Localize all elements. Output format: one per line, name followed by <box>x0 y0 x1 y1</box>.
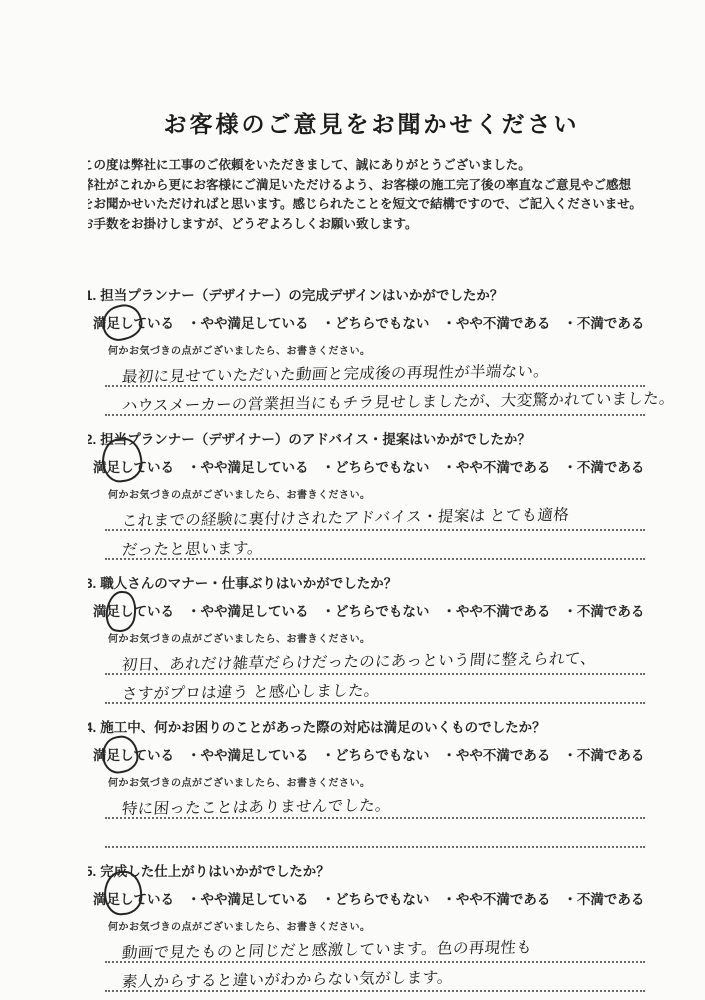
comment-line <box>105 819 645 848</box>
comment-area: 動画で見たものと同じだと感激しています。色の再現性も 素人からすると違いがわから… <box>105 934 645 992</box>
question-text: 5.完成した仕上がりはいかがでしたか？ <box>88 860 655 880</box>
intro-line: 弊社がこれから更にお客様にご満足いただけるよう、お客様の施工完了後の率直なご意見… <box>88 176 655 196</box>
question-number: 2. <box>88 432 96 447</box>
question-title: 施工中、何かお困りのことがあった際の対応は満足のいくものでしたか？ <box>100 720 545 735</box>
rating-options-row: 満足している ・やや満足している ・どちらでもない ・やや不満である ・不満であ… <box>93 312 655 332</box>
question-number: 5. <box>88 864 96 879</box>
handwritten-comment: さすがプロは違う と感心しました。 <box>121 678 381 704</box>
rating-options-row: 満足している ・やや満足している ・どちらでもない ・やや不満である ・不満であ… <box>93 888 655 908</box>
option-somewhat-satisfied: ・やや満足している <box>187 456 309 476</box>
question-number: 4. <box>88 720 96 735</box>
question-title: 担当プランナー（デザイナー）のアドバイス・提案はいかがでしたか？ <box>100 432 531 447</box>
option-dissatisfied: ・不満である <box>563 600 644 620</box>
option-satisfied: 満足している <box>93 744 174 764</box>
question-number: 3. <box>88 576 96 591</box>
question-block-1: 1.担当プランナー（デザイナー）の完成デザインはいかがでしたか？ 満足している … <box>88 284 655 416</box>
intro-line: をお聞かせいただければと思います。感じられたことを短文で結構ですので、ご記入くだ… <box>88 195 655 215</box>
intro-line: お手数をお掛けしますが、どうぞよろしくお願い致します。 <box>88 215 655 235</box>
handwritten-comment: だったと思います。 <box>121 536 264 560</box>
option-dissatisfied: ・不満である <box>563 744 644 764</box>
option-satisfied: 満足している <box>93 600 174 620</box>
option-somewhat-satisfied: ・やや満足している <box>187 312 309 332</box>
comment-line: 素人からすると違いがわからない気がします。 <box>105 963 645 992</box>
comment-prompt: 何かお気づきの点がございましたら、お書きください。 <box>108 774 655 789</box>
option-somewhat-satisfied: ・やや満足している <box>187 744 309 764</box>
comment-prompt: 何かお気づきの点がございましたら、お書きください。 <box>108 918 655 933</box>
handwritten-comment: 素人からすると違いがわからない気がします。 <box>121 965 454 992</box>
option-neutral: ・どちらでもない <box>322 600 430 620</box>
rating-options-row: 満足している ・やや満足している ・どちらでもない ・やや不満である ・不満であ… <box>93 456 655 476</box>
page-title: お客様のご意見をお聞かせください <box>88 106 655 139</box>
handwritten-comment: 特に困ったことはありませんでした。 <box>121 793 392 819</box>
option-satisfied: 満足している <box>93 888 174 908</box>
option-somewhat-dissatisfied: ・やや不満である <box>442 456 550 476</box>
comment-area: 最初に見せていただいた動画と完成後の再現性が半端ない。 ハウスメーカーの営業担当… <box>105 358 645 416</box>
option-satisfied: 満足している <box>93 456 174 476</box>
option-neutral: ・どちらでもない <box>322 744 430 764</box>
handwritten-comment: 初日、あれだけ雑草だらけだったのにあっという間に整えられて、 <box>121 646 597 675</box>
handwritten-comment: ハウスメーカーの営業担当にもチラ見せしましたが、大変驚かれていました。 <box>121 386 676 416</box>
question-block-3: 3.職人さんのマナー・仕事ぶりはいかがでしたか？ 満足している ・やや満足してい… <box>88 572 655 704</box>
comment-line: さすがプロは違う と感心しました。 <box>105 675 645 704</box>
question-block-2: 2.担当プランナー（デザイナー）のアドバイス・提案はいかがでしたか？ 満足してい… <box>88 428 655 560</box>
option-somewhat-dissatisfied: ・やや不満である <box>442 312 550 332</box>
option-dissatisfied: ・不満である <box>563 312 644 332</box>
comment-line: 特に困ったことはありませんでした。 <box>105 790 645 819</box>
comment-prompt: 何かお気づきの点がございましたら、お書きください。 <box>108 630 655 645</box>
comment-line: ハウスメーカーの営業担当にもチラ見せしましたが、大変驚かれていました。 <box>105 387 645 416</box>
rating-options-row: 満足している ・やや満足している ・どちらでもない ・やや不満である ・不満であ… <box>93 600 655 620</box>
option-neutral: ・どちらでもない <box>322 456 430 476</box>
handwritten-comment: 最初に見せていただいた動画と完成後の再現性が半端ない。 <box>121 359 550 387</box>
comment-area: 特に困ったことはありませんでした。 <box>105 790 645 848</box>
question-number: 1. <box>88 288 96 303</box>
question-text: 3.職人さんのマナー・仕事ぶりはいかがでしたか？ <box>88 572 655 592</box>
comment-line: だったと思います。 <box>105 531 645 560</box>
handwritten-comment: これまでの経験に裏付けされたアドバイス・提案は とても適格 <box>121 503 570 531</box>
comment-prompt: 何かお気づきの点がございましたら、お書きください。 <box>108 486 655 501</box>
option-somewhat-dissatisfied: ・やや不満である <box>442 744 550 764</box>
option-somewhat-dissatisfied: ・やや不満である <box>442 888 550 908</box>
comment-line: 動画で見たものと同じだと感激しています。色の再現性も <box>105 934 645 963</box>
option-somewhat-satisfied: ・やや満足している <box>187 888 309 908</box>
intro-line: この度は弊社に工事のご依頼をいただきまして、誠にありがとうございました。 <box>88 156 655 176</box>
option-somewhat-dissatisfied: ・やや不満である <box>442 600 550 620</box>
comment-prompt: 何かお気づきの点がございましたら、お書きください。 <box>108 342 655 357</box>
question-text: 4.施工中、何かお困りのことがあった際の対応は満足のいくものでしたか？ <box>88 716 655 736</box>
option-dissatisfied: ・不満である <box>563 456 644 476</box>
handwritten-comment: 動画で見たものと同じだと感激しています。色の再現性も <box>121 935 533 963</box>
option-satisfied: 満足している <box>93 312 174 332</box>
option-neutral: ・どちらでもない <box>322 312 430 332</box>
question-title: 完成した仕上がりはいかがでしたか？ <box>100 864 330 879</box>
question-block-5: 5.完成した仕上がりはいかがでしたか？ 満足している ・やや満足している ・どち… <box>88 860 655 992</box>
comment-line: 初日、あれだけ雑草だらけだったのにあっという間に整えられて、 <box>105 646 645 675</box>
option-dissatisfied: ・不満である <box>563 888 644 908</box>
question-text: 1.担当プランナー（デザイナー）の完成デザインはいかがでしたか？ <box>88 284 655 304</box>
comment-area: 初日、あれだけ雑草だらけだったのにあっという間に整えられて、 さすがプロは違う … <box>105 646 645 704</box>
option-neutral: ・どちらでもない <box>322 888 430 908</box>
comment-line: 最初に見せていただいた動画と完成後の再現性が半端ない。 <box>105 358 645 387</box>
question-text: 2.担当プランナー（デザイナー）のアドバイス・提案はいかがでしたか？ <box>88 428 655 448</box>
intro-paragraph: この度は弊社に工事のご依頼をいただきまして、誠にありがとうございました。 弊社が… <box>88 156 655 234</box>
comment-area: これまでの経験に裏付けされたアドバイス・提案は とても適格 だったと思います。 <box>105 502 645 560</box>
question-title: 担当プランナー（デザイナー）の完成デザインはいかがでしたか？ <box>100 288 503 303</box>
feedback-form-page: お客様のご意見をお聞かせください この度は弊社に工事のご依頼をいただきまして、誠… <box>0 0 705 1000</box>
comment-line: これまでの経験に裏付けされたアドバイス・提案は とても適格 <box>105 502 645 531</box>
rating-options-row: 満足している ・やや満足している ・どちらでもない ・やや不満である ・不満であ… <box>93 744 655 764</box>
option-somewhat-satisfied: ・やや満足している <box>187 600 309 620</box>
question-title: 職人さんのマナー・仕事ぶりはいかがでしたか？ <box>100 576 397 591</box>
question-block-4: 4.施工中、何かお困りのことがあった際の対応は満足のいくものでしたか？ 満足して… <box>88 716 655 848</box>
